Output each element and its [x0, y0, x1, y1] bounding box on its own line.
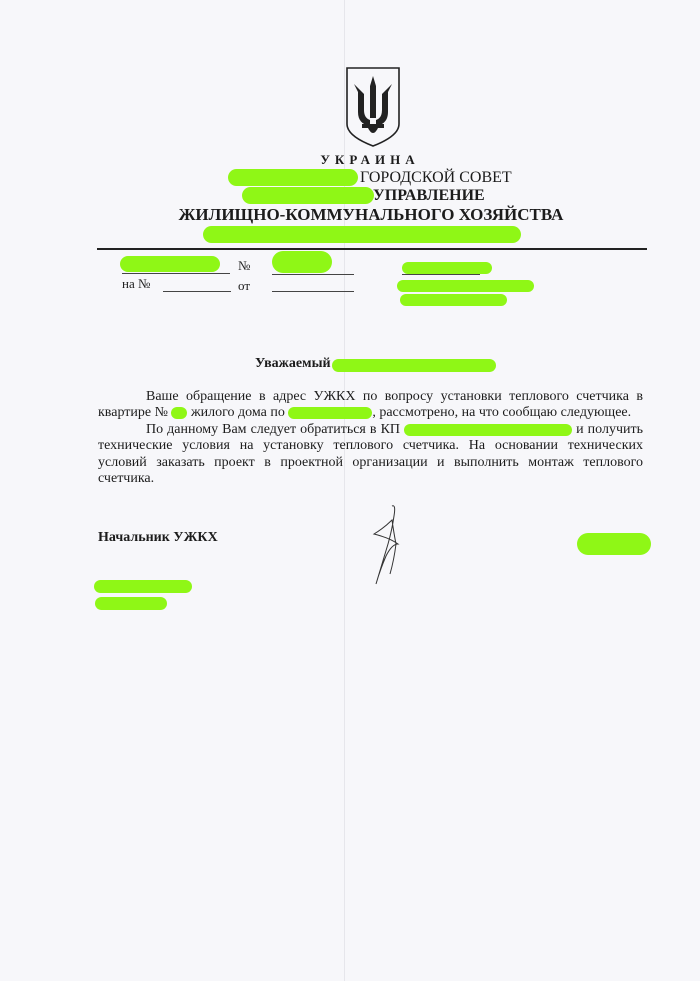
redacted-city-adjective — [242, 187, 374, 204]
department-heading: УПРАВЛЕНИЕ — [373, 187, 485, 205]
redacted-outgoing-number — [272, 251, 332, 273]
trident-emblem-icon — [344, 66, 402, 148]
redacted-utility-enterprise — [404, 424, 572, 436]
country-heading: УКРАИНА — [0, 152, 700, 168]
paragraph-2: По данному Вам следует обратиться в КП и… — [98, 422, 643, 488]
paragraph-1: Ваше обращение в адрес УЖКХ по вопросу у… — [98, 389, 643, 422]
outgoing-number-line — [272, 274, 354, 275]
reply-to-number-line — [163, 291, 231, 292]
handwritten-signature-icon — [370, 504, 420, 590]
from-date-label: от — [238, 278, 250, 294]
redacted-recipient-line-1 — [402, 262, 492, 274]
salutation-text: Уважаемый — [255, 356, 331, 371]
redacted-recipient-line-3 — [400, 294, 507, 306]
redacted-apartment-number — [171, 407, 187, 419]
salutation: Уважаемый — [255, 356, 331, 372]
letter-body: Ваше обращение в адрес УЖКХ по вопросу у… — [98, 389, 643, 487]
letterhead-divider — [97, 248, 647, 250]
redacted-address-line — [203, 226, 521, 243]
signer-title: Начальник УЖКХ — [98, 530, 218, 546]
recipient-underline — [402, 274, 480, 275]
scanned-letter-page: УКРАИНА ГОРОДСКОЙ СОВЕТ УПРАВЛЕНИЕ ЖИЛИЩ… — [0, 0, 700, 981]
reply-to-date-line — [272, 291, 354, 292]
redacted-outgoing-date — [120, 256, 220, 272]
redacted-recipient-line-2 — [397, 280, 534, 292]
number-label: № — [238, 258, 250, 274]
reply-to-label: на № — [122, 276, 150, 292]
redacted-street-address — [288, 407, 372, 419]
paragraph-1-part-b: жилого дома по — [191, 405, 285, 420]
redacted-executor-phone — [95, 597, 167, 610]
paragraph-1-part-c: , рассмотрено, на что сообщаю следующее. — [372, 405, 631, 420]
department-full-heading: ЖИЛИЩНО-КОММУНАЛЬНОГО ХОЗЯЙСТВА — [0, 205, 700, 225]
outgoing-date-line — [122, 273, 230, 274]
redacted-executor-name — [94, 580, 192, 593]
paragraph-2-part-a: По данному Вам следует обратиться в КП — [146, 422, 400, 437]
council-heading: ГОРОДСКОЙ СОВЕТ — [360, 169, 512, 187]
redacted-city-name — [228, 169, 358, 186]
redacted-recipient-name — [332, 359, 496, 372]
redacted-signer-name — [577, 533, 651, 555]
